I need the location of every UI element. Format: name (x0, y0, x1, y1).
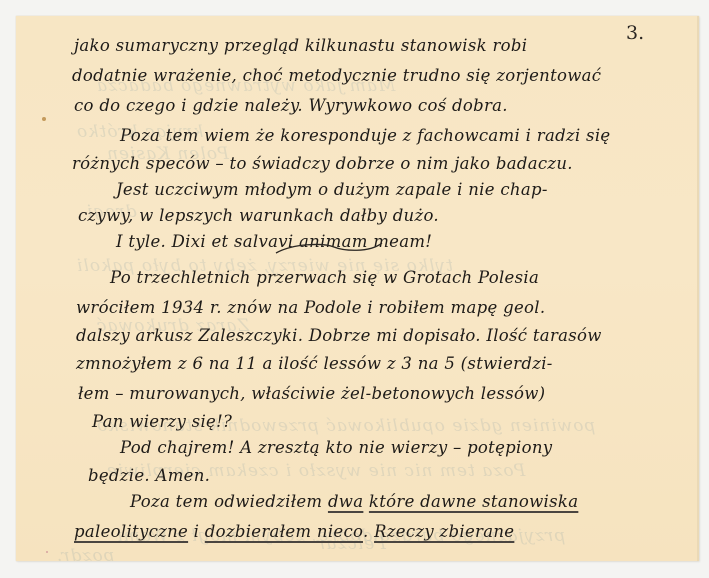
flourish-divider (274, 241, 384, 255)
letter-line: czywy, w lepszych warunkach dałby dużo. (78, 206, 439, 225)
letter-line: wróciłem 1934 r. znów na Podole i robiłe… (76, 298, 545, 317)
letter-line: dodatnie wrażenie, choć metodycznie trud… (72, 66, 601, 85)
line-segment: Poza tem odwiedziłem (130, 492, 328, 511)
letter-line-underlined: Poza tem odwiedziłem dwa które dawne sta… (130, 492, 578, 511)
line-segment: . (363, 522, 374, 541)
paper-stain (42, 117, 46, 121)
letter-line: łem – murowanych, właściwie żel-betonowy… (78, 384, 545, 403)
underlined-segment: Rzeczy zbierane (374, 522, 514, 541)
underlined-segment: dozbierałem nieco (205, 522, 363, 541)
paper-stain (46, 551, 48, 553)
scan-background: Mam jako wytrawnego badacza kryjąc krótk… (0, 0, 709, 578)
letter-line: Poza tem wiem że koresponduje z fachowca… (120, 126, 610, 145)
letter-page: Mam jako wytrawnego badacza kryjąc krótk… (16, 16, 699, 561)
underlined-segment: paleolityczne (74, 522, 188, 541)
underlined-segment: które dawne stanowiska (369, 492, 578, 511)
letter-line: będzie. Amen. (88, 466, 210, 485)
letter-line: dalszy arkusz Zaleszczyki. Dobrze mi dop… (76, 326, 602, 345)
letter-line: różnych speców – to świadczy dobrze o ni… (72, 154, 573, 173)
letter-line: Pod chajrem! A zresztą kto nie wierzy – … (120, 438, 552, 457)
line-segment: i (188, 522, 205, 541)
letter-line: jako sumaryczny przegląd kilkunastu stan… (74, 36, 527, 55)
letter-line: co do czego i gdzie należy. Wyrywkowo co… (74, 96, 508, 115)
letter-line: zmnożyłem z 6 na 11 a ilość lessów z 3 n… (76, 354, 553, 373)
page-number: 3. (626, 22, 644, 44)
letter-line: Po trzechletnich przerwach się w Grotach… (110, 268, 539, 287)
bleed-through-line: pozdr. (56, 546, 115, 561)
letter-line: Pan wierzy się!? (92, 412, 232, 431)
letter-line-underlined: paleolityczne i dozbierałem nieco. Rzecz… (74, 522, 514, 541)
underlined-segment: dwa (328, 492, 363, 511)
letter-line: Jest uczciwym młodym o dużym zapale i ni… (116, 180, 548, 199)
